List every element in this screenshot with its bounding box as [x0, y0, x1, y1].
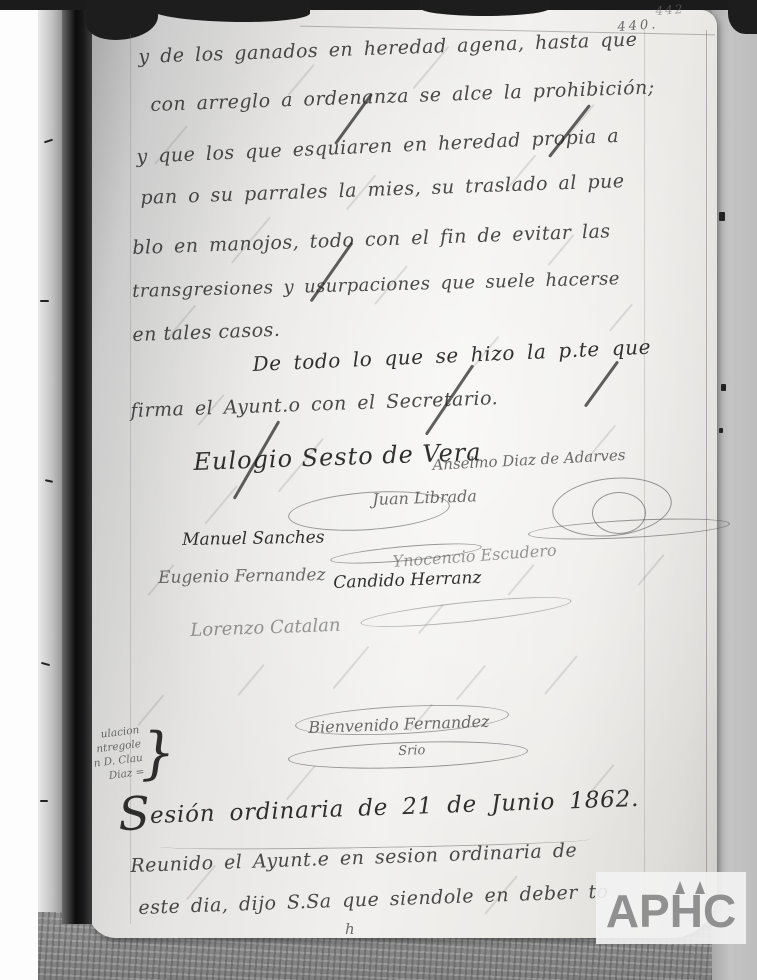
scanner-margin [0, 0, 38, 980]
binding-gutter [62, 4, 92, 924]
top-edge-shadow [420, 0, 550, 16]
watermark-spike-icon [695, 881, 705, 894]
watermark-spike-icon [675, 881, 685, 894]
edge-speck [719, 212, 725, 221]
watermark-text: APHC [606, 878, 736, 938]
previous-page-edge [38, 6, 64, 912]
secretary-title: Srio [398, 743, 426, 759]
signature: Juan Librada [372, 486, 477, 509]
manuscript-scan: 440. 442 y de los ganados en heredad age… [0, 0, 757, 980]
signature: Manuel Sanches [182, 528, 325, 550]
heading-initial: S [117, 786, 150, 841]
catchword: h [345, 920, 355, 938]
prev-page-mark [40, 800, 48, 802]
signature: Eugenio Fernandez [158, 565, 326, 588]
edge-speck [719, 428, 723, 433]
margin-brace: } [138, 720, 177, 787]
right-margin-rule [644, 30, 645, 890]
edge-speck [721, 384, 726, 391]
archive-watermark: APHC [596, 872, 746, 944]
page-right-edge-line [706, 30, 707, 900]
prev-page-mark [40, 300, 49, 302]
margin-note: ulacion ntregole n D. Clau Diaz = [87, 723, 145, 785]
ghost-page-number: 442 [655, 2, 685, 18]
page-stack-right-edge [712, 0, 757, 980]
